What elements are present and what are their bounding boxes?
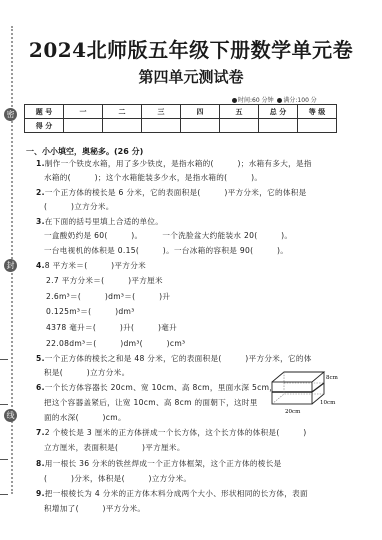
question-7-line-2: 立方厘米，表面积是( )平方厘米。 [44,442,185,453]
question-6-line-3: 面的水深( )cm。 [44,412,126,423]
question-2-line-1: 2.一个正方体的棱长是 6 分米，它的表面积是( )平方分米，它的体积是 [36,187,307,198]
header-cell: 四 [181,105,220,119]
question-number: 6. [36,383,45,392]
question-3-line-3: 一台电视机的体积是 0.15( )。一台冰箱的容积是 90( )。 [44,245,288,256]
question-text: 一个长方体容器长 20cm、宽 10cm、高 8cm，里面水深 5cm， [45,383,277,392]
clock-icon [232,98,237,103]
score-icon [277,98,282,103]
question-text: 一个正方体的棱长之和是 48 分米，它的表面积是( )平方分米，它的体 [45,354,312,363]
question-8-line-1: 8.用一根长 36 分米的铁丝焊成一个正方体框架，这个正方体的棱长是 [36,458,282,469]
cuboid-diagram: 8cm 10cm 20cm [270,368,340,418]
header-cell: 二 [103,105,142,119]
question-text: 制作一个铁皮水箱，用了多少铁皮，是指水箱的( )；水箱有多大，是指 [45,159,312,168]
question-text: 2 个棱长是 3 厘米的正方体拼成一个长方体，这个长方体的体积是( ) [45,428,307,437]
header-cell: 五 [220,105,259,119]
question-text: 8 平方米＝( )平方分米 [45,261,146,270]
section-title: 一、小小填空，奥秘多。(26 分) [26,146,143,157]
question-5-line-1: 5.一个正方体的棱长之和是 48 分米，它的表面积是( )平方分米，它的体 [36,353,312,364]
margin-tick [0,494,8,495]
question-number: 1. [36,159,45,168]
question-7-line-1: 7.2 个棱长是 3 厘米的正方体拼成一个长方体，这个长方体的体积是( ) [36,427,307,438]
question-number: 7. [36,428,45,437]
question-text: 用一根长 36 分米的铁丝焊成一个正方体框架，这个正方体的棱长是 [45,459,282,468]
question-8-line-2: ( )分米，体积是( )立方分米。 [44,473,191,484]
diagram-width-label: 10cm [320,400,336,406]
question-4-line-4: 0.125m³＝( )dm³ [46,306,135,317]
score-table-score-row: 得 分 [25,119,337,133]
question-3-line-1: 3.在下面的括号里填上合适的单位。 [36,216,163,227]
score-row-label: 得 分 [25,119,64,133]
margin-mark-xian: 线 [4,409,17,422]
margin-mark-mi: 密 [4,108,17,121]
score-cell[interactable] [142,119,181,133]
score-cell[interactable] [259,119,298,133]
margin-tick [0,359,8,360]
score-cell[interactable] [181,119,220,133]
question-number: 5. [36,354,45,363]
question-text: 把一根棱长为 4 分米的正方体木料分成两个大小、形状相同的长方体，表面 [45,489,308,498]
question-3-line-2: 一盒酸奶约是 60( )。 一个洗脸盆大约能装水 20( )。 [44,230,292,241]
header-cell: 三 [142,105,181,119]
question-number: 2. [36,188,45,197]
question-9-line-1: 9.把一根棱长为 4 分米的正方体木料分成两个大小、形状相同的长方体，表面 [36,488,308,499]
question-5-line-2: 积是( )立方分米。 [44,367,129,378]
score-cell[interactable] [298,119,337,133]
diagram-length-label: 20cm [285,409,301,415]
margin-tick [0,459,8,460]
score-table: 题 号 一 二 三 四 五 总 分 等 级 得 分 [24,104,337,133]
header-cell: 总 分 [259,105,298,119]
margin-mark-feng: 封 [4,259,17,272]
exam-meta: 时间:60 分钟 满分:100 分 [232,95,317,104]
question-9-line-2: 积增加了( )平方分米。 [44,503,145,514]
question-4-line-1: 4.8 平方米＝( )平方分米 [36,260,146,271]
header-cell: 一 [64,105,103,119]
diagram-height-label: 8cm [326,375,339,381]
header-cell: 题 号 [25,105,64,119]
question-number: 8. [36,459,45,468]
question-number: 4. [36,261,45,270]
question-6-line-2: 把这个容器盖紧后，让宽 10cm、高 8cm 的面朝下，这时里 [44,397,258,408]
document-title: 2024北师版五年级下册数学单元卷 [0,34,382,63]
question-number: 9. [36,489,45,498]
header-cell: 等 级 [298,105,337,119]
question-text: 在下面的括号里填上合适的单位。 [45,217,163,226]
question-number: 3. [36,217,45,226]
question-2-line-2: ( )立方分米。 [44,201,114,212]
question-6-line-1: 6.一个长方体容器长 20cm、宽 10cm、高 8cm，里面水深 5cm， [36,382,277,393]
score-cell[interactable] [103,119,142,133]
question-1-line-1: 1.制作一个铁皮水箱，用了多少铁皮，是指水箱的( )；水箱有多大，是指 [36,158,312,169]
exam-time: 时间:60 分钟 [238,97,274,104]
question-4-line-6: 22.08dm³＝( )dm³( )cm³ [46,338,185,349]
exam-full-score: 满分:100 分 [283,97,316,104]
question-4-line-2: 2.7 平方分米＝( )平方厘米 [46,275,163,286]
question-4-line-3: 2.6m³＝( )dm³＝( )升 [46,291,170,302]
document-subtitle: 第四单元测试卷 [0,66,382,87]
score-cell[interactable] [64,119,103,133]
question-1-line-2: 水箱的( )；这个水箱能装多少水，是指水箱的( )。 [44,172,262,183]
score-cell[interactable] [220,119,259,133]
score-table-header-row: 题 号 一 二 三 四 五 总 分 等 级 [25,105,337,119]
question-text: 一个正方体的棱长是 6 分米，它的表面积是( )平方分米，它的体积是 [45,188,307,197]
margin-tick [0,404,8,405]
question-4-line-5: 4378 毫升＝( )升( )毫升 [46,322,177,333]
